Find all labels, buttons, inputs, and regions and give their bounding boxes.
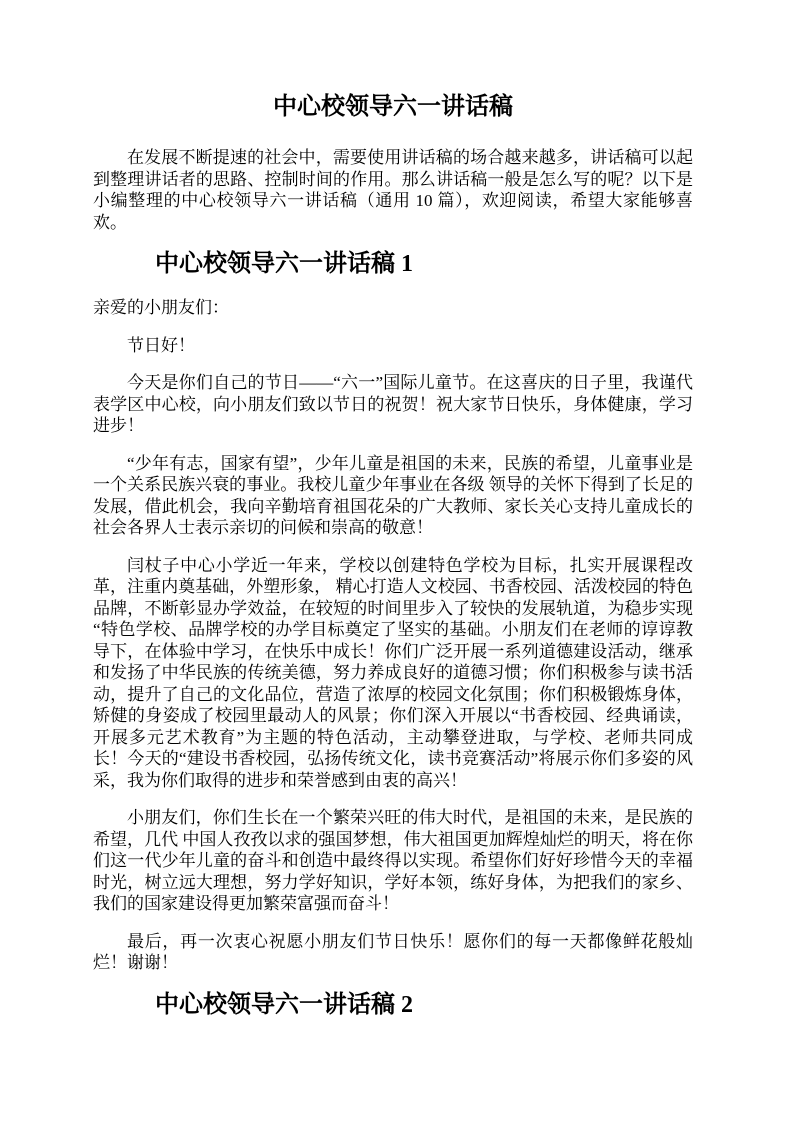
salutation-paragraph: 亲爱的小朋友们： <box>93 297 693 319</box>
section-1-heading: 中心校领导六一讲话稿 1 <box>155 249 693 280</box>
document-content: 中心校领导六一讲话稿 在发展不断提速的社会中，需要使用讲话稿的场合越来越多，讲话… <box>0 0 793 1021</box>
closing-paragraph: 最后，再一次衷心祝愿小朋友们节日快乐！愿你们的每一天都像鲜花般灿烂！谢谢！ <box>93 931 693 974</box>
body-paragraph: “少年有志，国家有望”，少年儿童是祖国的未来，民族的希望，儿童事业是一个关系民族… <box>93 453 693 539</box>
document-title: 中心校领导六一讲话稿 <box>93 92 693 123</box>
section-2-heading: 中心校领导六一讲话稿 2 <box>155 990 693 1021</box>
body-paragraph: 今天是你们自己的节日——“六一”国际儿童节。在这喜庆的日子里，我谨代表学区中心校… <box>93 372 693 437</box>
body-paragraph: 闫杖子中心小学近一年来，学校以创建特色学校为目标，扎实开展课程改革，注重内奠基础… <box>93 555 693 792</box>
intro-paragraph: 在发展不断提速的社会中，需要使用讲话稿的场合越来越多，讲话稿可以起到整理讲话者的… <box>93 147 693 233</box>
body-paragraph: 小朋友们，你们生长在一个繁荣兴旺的伟大时代，是祖国的未来，是民族的希望，几代 中… <box>93 807 693 915</box>
greeting-paragraph: 节日好！ <box>93 335 693 357</box>
document-page: 中心校领导六一讲话稿 在发展不断提速的社会中，需要使用讲话稿的场合越来越多，讲话… <box>0 0 793 1122</box>
